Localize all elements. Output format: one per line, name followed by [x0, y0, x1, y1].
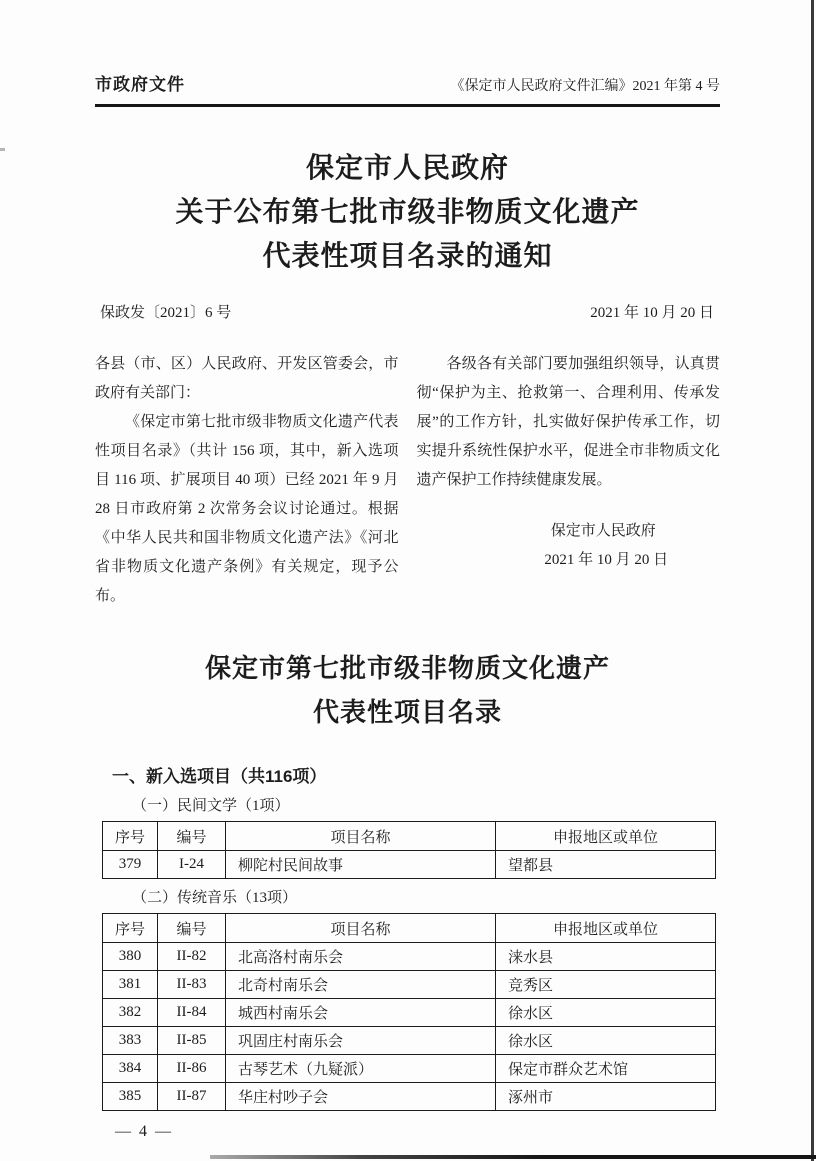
column-header-project-name: 项目名称: [226, 914, 496, 943]
table-row: 381 II-83 北奇村南乐会 竞秀区: [103, 971, 716, 999]
cell-serial: 384: [103, 1055, 158, 1083]
scan-artifact-speck: [0, 148, 5, 151]
cell-serial: 381: [103, 971, 158, 999]
cell-code: II-87: [158, 1083, 226, 1111]
column-header-region: 申报地区或单位: [496, 914, 716, 943]
cell-serial: 380: [103, 943, 158, 971]
cell-serial: 385: [103, 1083, 158, 1111]
cell-project-name: 城西村南乐会: [226, 999, 496, 1027]
signature-date: 2021 年 10 月 20 日: [487, 546, 721, 575]
table-row: 379 I-24 柳陀村民间故事 望都县: [103, 851, 716, 879]
scan-artifact-right-edge: [811, 0, 814, 1161]
cell-region: 涿州市: [496, 1083, 716, 1111]
notice-title-line-3: 代表性项目名录的通知: [95, 235, 720, 279]
cell-project-name: 华庄村吵子会: [226, 1083, 496, 1111]
cell-serial: 382: [103, 999, 158, 1027]
table-row: 382 II-84 城西村南乐会 徐水区: [103, 999, 716, 1027]
page-number: — 4 —: [95, 1123, 720, 1141]
scan-artifact-bottom-edge: [210, 1155, 816, 1159]
cell-serial: 383: [103, 1027, 158, 1055]
cell-region: 徐水区: [496, 1027, 716, 1055]
catalog-title-line-1: 保定市第七批市级非物质文化遗产: [95, 647, 720, 691]
cell-project-name: 北奇村南乐会: [226, 971, 496, 999]
column-header-serial: 序号: [103, 914, 158, 943]
column-header-project-name: 项目名称: [226, 822, 496, 851]
column-header-region: 申报地区或单位: [496, 822, 716, 851]
document-content: 市政府文件 《保定市人民政府文件汇编》2021 年第 4 号 保定市人民政府 关…: [95, 0, 720, 1141]
cell-code: II-86: [158, 1055, 226, 1083]
notice-body: 各县（市、区）人民政府、开发区管委会，市政府有关部门： 《保定市第七批市级非物质…: [95, 350, 720, 611]
cell-region: 望都县: [496, 851, 716, 879]
document-header-band: 市政府文件 《保定市人民政府文件汇编》2021 年第 4 号: [95, 70, 720, 107]
announcement-paragraph: 《保定市第七批市级非物质文化遗产代表性项目名录》（共计 156 项，其中，新入选…: [95, 408, 399, 611]
table-row: 383 II-85 巩固庄村南乐会 徐水区: [103, 1027, 716, 1055]
cell-code: II-82: [158, 943, 226, 971]
catalog-title: 保定市第七批市级非物质文化遗产 代表性项目名录: [95, 647, 720, 735]
document-date: 2021 年 10 月 20 日: [590, 302, 714, 324]
notice-body-left-column: 各县（市、区）人民政府、开发区管委会，市政府有关部门： 《保定市第七批市级非物质…: [95, 350, 399, 611]
cell-code: II-83: [158, 971, 226, 999]
catalog-title-line-2: 代表性项目名录: [95, 691, 720, 735]
requirements-paragraph: 各级各有关部门要加强组织领导，认真贯彻“保护为主、抢救第一、合理利用、传承发展”…: [417, 350, 721, 495]
cell-serial: 379: [103, 851, 158, 879]
column-header-serial: 序号: [103, 822, 158, 851]
subsection-heading-folk-literature: （一）民间文学（1项）: [95, 796, 720, 816]
table-row: 385 II-87 华庄村吵子会 涿州市: [103, 1083, 716, 1111]
signature-issuer: 保定市人民政府: [487, 517, 721, 546]
table-row: 380 II-82 北高洛村南乐会 涞水县: [103, 943, 716, 971]
cell-project-name: 柳陀村民间故事: [226, 851, 496, 879]
document-number-row: 保政发〔2021〕6 号 2021 年 10 月 20 日: [95, 302, 720, 324]
scanned-document-page: 市政府文件 《保定市人民政府文件汇编》2021 年第 4 号 保定市人民政府 关…: [0, 0, 816, 1161]
cell-code: II-85: [158, 1027, 226, 1055]
cell-project-name: 北高洛村南乐会: [226, 943, 496, 971]
signature-block: 保定市人民政府 2021 年 10 月 20 日: [417, 517, 721, 575]
column-header-code: 编号: [158, 914, 226, 943]
salutation-paragraph: 各县（市、区）人民政府、开发区管委会，市政府有关部门：: [95, 350, 399, 408]
folk-literature-table: 序号 编号 项目名称 申报地区或单位 379 I-24 柳陀村民间故事 望都县: [102, 821, 716, 879]
subsection-heading-traditional-music: （二）传统音乐（13项）: [95, 888, 720, 908]
header-compilation-label: 《保定市人民政府文件汇编》2021 年第 4 号: [451, 75, 721, 95]
notice-title: 保定市人民政府 关于公布第七批市级非物质文化遗产 代表性项目名录的通知: [95, 147, 720, 279]
document-number: 保政发〔2021〕6 号: [100, 302, 231, 324]
header-doc-type-label: 市政府文件: [95, 70, 185, 95]
cell-project-name: 巩固庄村南乐会: [226, 1027, 496, 1055]
table-header-row: 序号 编号 项目名称 申报地区或单位: [103, 914, 716, 943]
cell-region: 涞水县: [496, 943, 716, 971]
cell-region: 徐水区: [496, 999, 716, 1027]
cell-region: 竞秀区: [496, 971, 716, 999]
cell-code: I-24: [158, 851, 226, 879]
cell-code: II-84: [158, 999, 226, 1027]
notice-title-line-1: 保定市人民政府: [95, 147, 720, 191]
catalog-group-heading: 一、新入选项目（共116项）: [95, 767, 720, 787]
notice-body-right-column: 各级各有关部门要加强组织领导，认真贯彻“保护为主、抢救第一、合理利用、传承发展”…: [417, 350, 721, 611]
cell-region: 保定市群众艺术馆: [496, 1055, 716, 1083]
traditional-music-table: 序号 编号 项目名称 申报地区或单位 380 II-82 北高洛村南乐会 涞水县…: [102, 913, 716, 1111]
cell-project-name: 古琴艺术（九疑派）: [226, 1055, 496, 1083]
column-header-code: 编号: [158, 822, 226, 851]
table-header-row: 序号 编号 项目名称 申报地区或单位: [103, 822, 716, 851]
notice-title-line-2: 关于公布第七批市级非物质文化遗产: [95, 191, 720, 235]
table-row: 384 II-86 古琴艺术（九疑派） 保定市群众艺术馆: [103, 1055, 716, 1083]
